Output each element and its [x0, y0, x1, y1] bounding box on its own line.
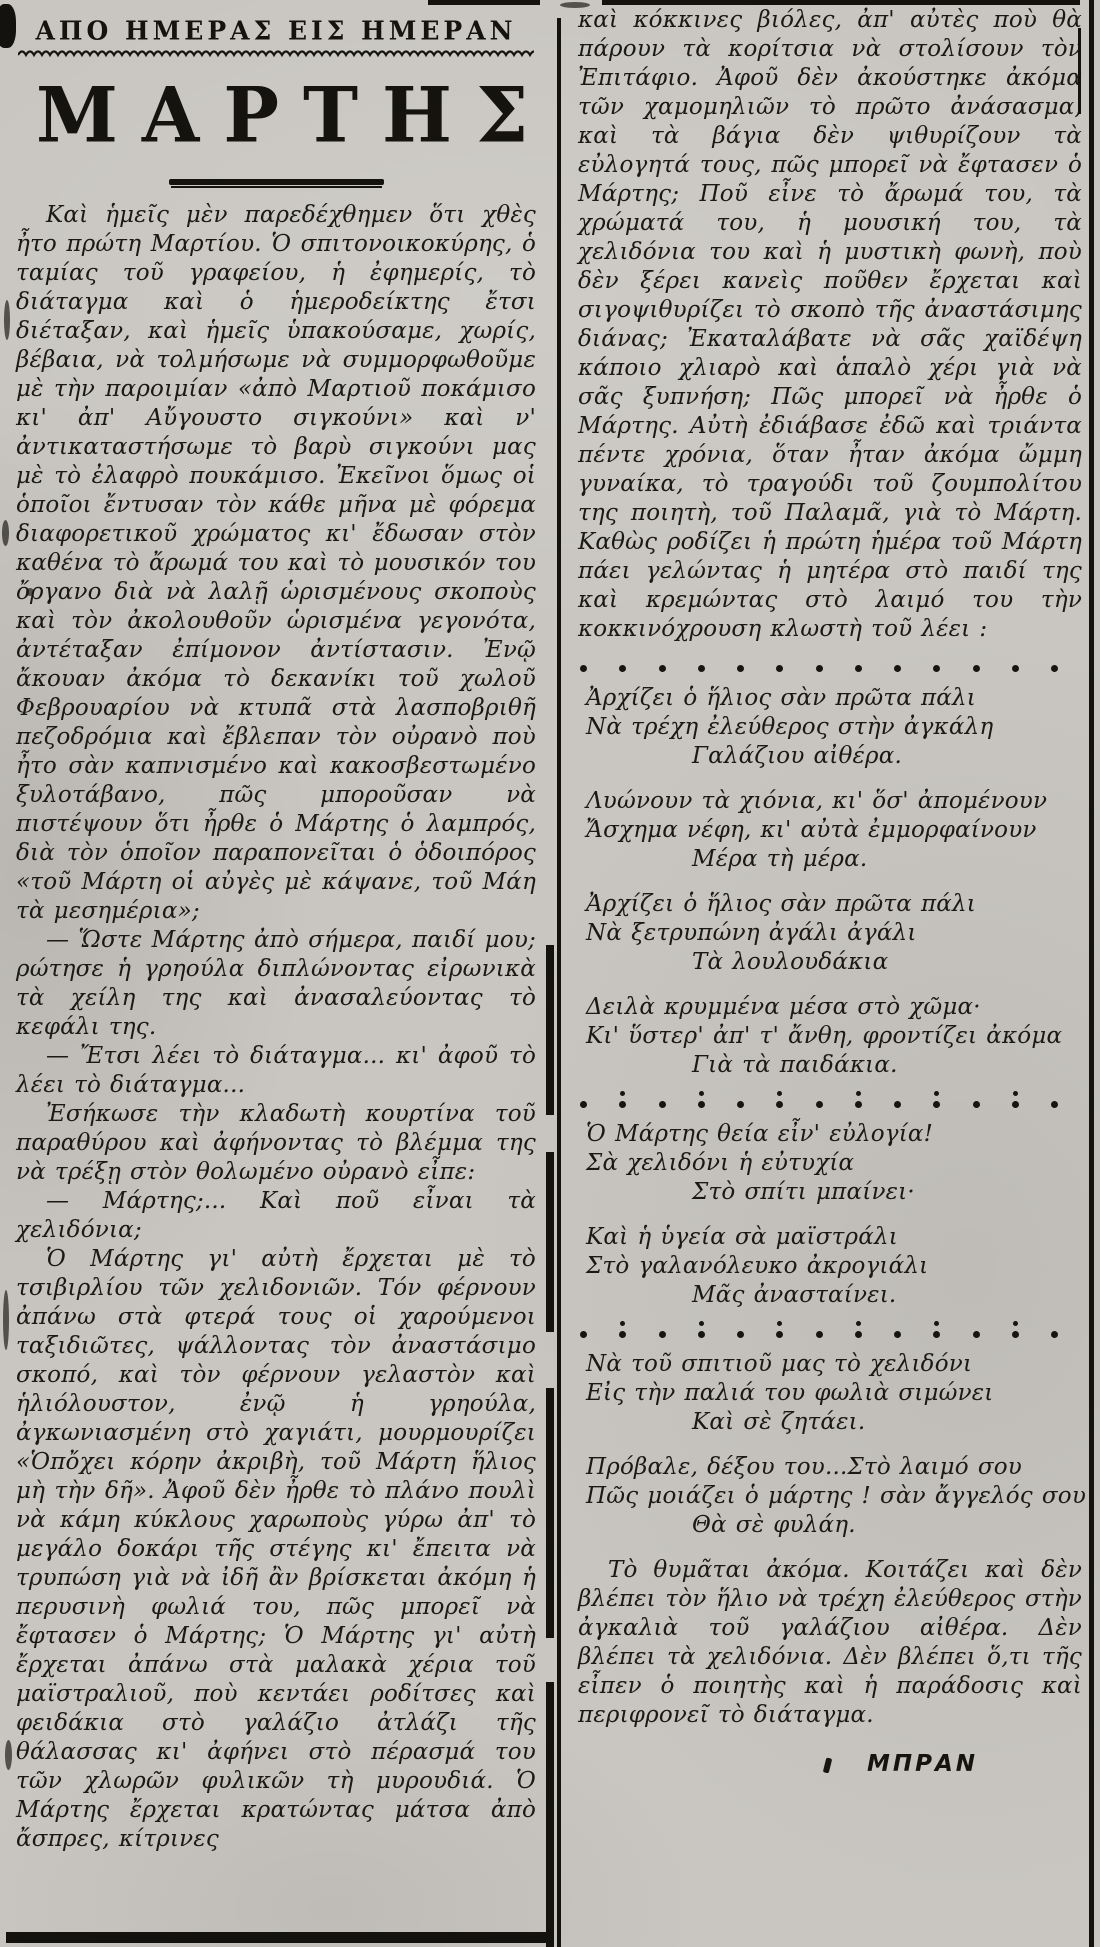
separator-dot	[580, 1101, 587, 1108]
separator-dot	[776, 665, 783, 672]
separator-dot	[816, 1331, 823, 1338]
scan-speck	[4, 300, 10, 340]
poem-stanza: Πρόβαλε, δέξου του...Στὸ λαιμό σουΠῶς μο…	[586, 1453, 1082, 1540]
poem-line: Ἀρχίζει ὁ ἥλιος σὰν πρῶτα πάλι	[586, 684, 1082, 713]
separator-dot	[855, 665, 862, 672]
paragraph: Ὁ Μάρτης γι' αὐτὴ ἔρχεται μὲ τὸ τσιβιρλί…	[16, 1245, 536, 1854]
signature-row: ΜΠΡΑΝ	[578, 1750, 1082, 1779]
right-edge-rule-fragment	[1078, 28, 1081, 114]
poem-line: Ἀρχίζει ὁ ἥλιος σὰν πρῶτα πάλι	[586, 890, 1082, 919]
poem-line: Λυώνουν τὰ χιόνια, κι' ὅσ' ἀπομένουν	[586, 787, 1082, 816]
paragraph: Ἐσήκωσε τὴν κλαδωτὴ κουρτίνα τοῦ παραθύρ…	[16, 1100, 536, 1187]
paragraph: — Μάρτης;... Καὶ ποῦ εἶναι τὰ χελιδόνια;	[16, 1187, 536, 1245]
separator-dot	[698, 1331, 705, 1338]
column-divider-thick-segment	[546, 945, 554, 1115]
separator-dot	[659, 1101, 666, 1108]
separator-dot	[855, 1331, 862, 1338]
closing-paragraph: Τὸ θυμᾶται ἀκόμα. Κοιτάζει καὶ δὲν βλέπε…	[578, 1556, 1082, 1730]
separator-dot	[776, 1101, 783, 1108]
right-column-text: καὶ κόκκινες βιόλες, ἀπ' αὐτὲς ποὺ θὰ πά…	[578, 6, 1082, 1779]
separator-dot	[894, 1101, 901, 1108]
separator-dot	[894, 1331, 901, 1338]
poem-line: Πρόβαλε, δέξου του...Στὸ λαιμό σου	[586, 1453, 1082, 1482]
article-title: ΜΑΡΤΗΣ	[16, 72, 536, 160]
separator-dot	[933, 665, 940, 672]
poem-line: Θὰ σὲ φυλάη.	[692, 1511, 1082, 1540]
dotted-separator	[580, 1096, 1058, 1108]
poem-line: Εἰς τὴν παλιά του φωλιὰ σιμώνει	[586, 1379, 1082, 1408]
scan-ink-blot	[0, 4, 16, 48]
separator-dot	[973, 665, 980, 672]
poem-stanza: Δειλὰ κρυμμένα μέσα στὸ χῶμα·Κι' ὕστερ' …	[586, 993, 1082, 1080]
poem-line: Νὰ τοῦ σπιτιοῦ μας τὸ χελιδόνι	[586, 1350, 1082, 1379]
separator-dot	[776, 1331, 783, 1338]
poem-stanza: Ὁ Μάρτης θεία εἶν' εὐλογία!Σὰ χελιδόνι ἡ…	[586, 1120, 1082, 1207]
scan-speck	[2, 520, 9, 546]
paragraph: — Ἔτσι λέει τὸ διάταγμα... κι' ἀφοῦ τὸ λ…	[16, 1042, 536, 1100]
newspaper-scan-page: ΑΠΟ ΗΜΕΡΑΣ ΕΙΣ ΗΜΕΡΑΝ ΜΑΡΤΗΣ Καὶ ἡμεῖς μ…	[0, 0, 1100, 1947]
separator-dot	[933, 1331, 940, 1338]
dotted-separator	[580, 1326, 1058, 1338]
poem-stanza: Λυώνουν τὰ χιόνια, κι' ὅσ' ἀπομένουνἌσχη…	[586, 787, 1082, 874]
separator-dot	[855, 1101, 862, 1108]
poem-line: Γιὰ τὰ παιδάκια.	[692, 1051, 1082, 1080]
separator-dot	[619, 1331, 626, 1338]
poem-line: Ἄσχημα νέφη, κι' αὐτὰ ἐμμορφαίνουν	[586, 816, 1082, 845]
separator-dot	[659, 665, 666, 672]
poem-line: Νὰ τρέχη ἐλεύθερος στὴν ἀγκάλη	[586, 713, 1082, 742]
author-signature: ΜΠΡΑΝ	[867, 1751, 978, 1777]
separator-dot	[1051, 665, 1058, 672]
poem-stanza: Ἀρχίζει ὁ ἥλιος σὰν πρῶτα πάλιΝὰ τρέχη ἐ…	[586, 684, 1082, 771]
scan-speck	[26, 588, 34, 596]
separator-dot	[1012, 665, 1019, 672]
separator-dot	[737, 1101, 744, 1108]
separator-dot	[933, 1101, 940, 1108]
separator-dot	[1012, 1101, 1019, 1108]
poem-stanza: Ἀρχίζει ὁ ἥλιος σὰν πρῶτα πάλιΝὰ ξετρυπώ…	[586, 890, 1082, 977]
poem-line: Σὰ χελιδόνι ἡ εὐτυχία	[586, 1149, 1082, 1178]
poem-line: Στὸ σπίτι μπαίνει·	[692, 1178, 1082, 1207]
separator-dot	[580, 665, 587, 672]
separator-dot	[973, 1331, 980, 1338]
poem-line: Στὸ γαλανόλευκο ἀκρογιάλι	[586, 1252, 1082, 1281]
separator-dot	[619, 1101, 626, 1108]
separator-dot	[1051, 1331, 1058, 1338]
poem-line: Καὶ ἡ ὑγεία σὰ μαϊστράλι	[586, 1223, 1082, 1252]
separator-dot	[816, 1101, 823, 1108]
poem-line: Καὶ σὲ ζητάει.	[692, 1408, 1082, 1437]
paragraph: Καὶ ἡμεῖς μὲν παρεδέχθημεν ὅτι χθὲς ἦτο …	[16, 201, 536, 926]
top-edge-rule	[602, 0, 1080, 5]
separator-dot	[619, 665, 626, 672]
separator-dot	[737, 1331, 744, 1338]
paragraph: — Ὥστε Μάρτης ἀπὸ σήμερα, παιδί μου; ρώτ…	[16, 926, 536, 1042]
right-edge-rule	[1089, 0, 1094, 1947]
column-divider-thick-segment	[546, 1152, 554, 1332]
poem-line: Νὰ ξετρυπώνη ἀγάλι ἀγάλι	[586, 919, 1082, 948]
separator-dot	[659, 1331, 666, 1338]
title-rule	[169, 179, 384, 185]
poem-line: Ὁ Μάρτης θεία εἶν' εὐλογία!	[586, 1120, 1082, 1149]
scan-speck	[560, 2, 590, 8]
poem-line: Κι' ὕστερ' ἀπ' τ' ἄνθη, φροντίζει ἀκόμα	[586, 1022, 1082, 1051]
column-divider-thick-segment	[546, 1388, 554, 1638]
section-kicker: ΑΠΟ ΗΜΕΡΑΣ ΕΙΣ ΗΜΕΡΑΝ	[16, 15, 536, 45]
left-column-text: Καὶ ἡμεῖς μὲν παρεδέχθημεν ὅτι χθὲς ἦτο …	[16, 201, 536, 1854]
poem-sections: Ἀρχίζει ὁ ἥλιος σὰν πρῶτα πάλιΝὰ τρέχη ἐ…	[578, 660, 1082, 1540]
poem-line: Δειλὰ κρυμμένα μέσα στὸ χῶμα·	[586, 993, 1082, 1022]
wavy-rule-icon	[18, 47, 534, 59]
separator-dot	[698, 665, 705, 672]
separator-dot	[1012, 1331, 1019, 1338]
poem-line: Γαλάζιου αἰθέρα.	[692, 742, 1082, 771]
dotted-separator	[580, 660, 1058, 672]
poem-line: Μᾶς ἀνασταίνει.	[692, 1281, 1082, 1310]
poem-stanza: Νὰ τοῦ σπιτιοῦ μας τὸ χελιδόνιΕἰς τὴν πα…	[586, 1350, 1082, 1437]
lead-paragraph: καὶ κόκκινες βιόλες, ἀπ' αὐτὲς ποὺ θὰ πά…	[578, 6, 1082, 644]
separator-dot	[737, 665, 744, 672]
poem-line: Πῶς μοιάζει ὁ μάρτης ! σὰν ἄγγελός σου	[586, 1482, 1082, 1511]
separator-dot	[580, 1331, 587, 1338]
poem-line: Τὰ λουλουδάκια	[692, 948, 1082, 977]
separator-dot	[698, 1101, 705, 1108]
separator-dot	[1051, 1101, 1058, 1108]
scan-speck	[5, 1740, 12, 1770]
bottom-edge-rule	[6, 1932, 554, 1943]
poem-line: Μέρα τὴ μέρα.	[692, 845, 1082, 874]
column-divider-rule	[557, 18, 561, 1947]
separator-dot	[894, 665, 901, 672]
separator-dot	[816, 665, 823, 672]
scan-speck	[3, 1290, 9, 1350]
left-column: ΑΠΟ ΗΜΕΡΑΣ ΕΙΣ ΗΜΕΡΑΝ ΜΑΡΤΗΣ Καὶ ἡμεῖς μ…	[16, 8, 536, 1854]
right-column: καὶ κόκκινες βιόλες, ἀπ' αὐτὲς ποὺ θὰ πά…	[578, 6, 1082, 1779]
top-left-rule-fragment	[428, 0, 540, 5]
printer-mark-icon	[823, 1757, 832, 1773]
poem-stanza: Καὶ ἡ ὑγεία σὰ μαϊστράλιΣτὸ γαλανόλευκο …	[586, 1223, 1082, 1310]
separator-dot	[973, 1101, 980, 1108]
column-divider-thick-segment	[546, 1682, 554, 1947]
